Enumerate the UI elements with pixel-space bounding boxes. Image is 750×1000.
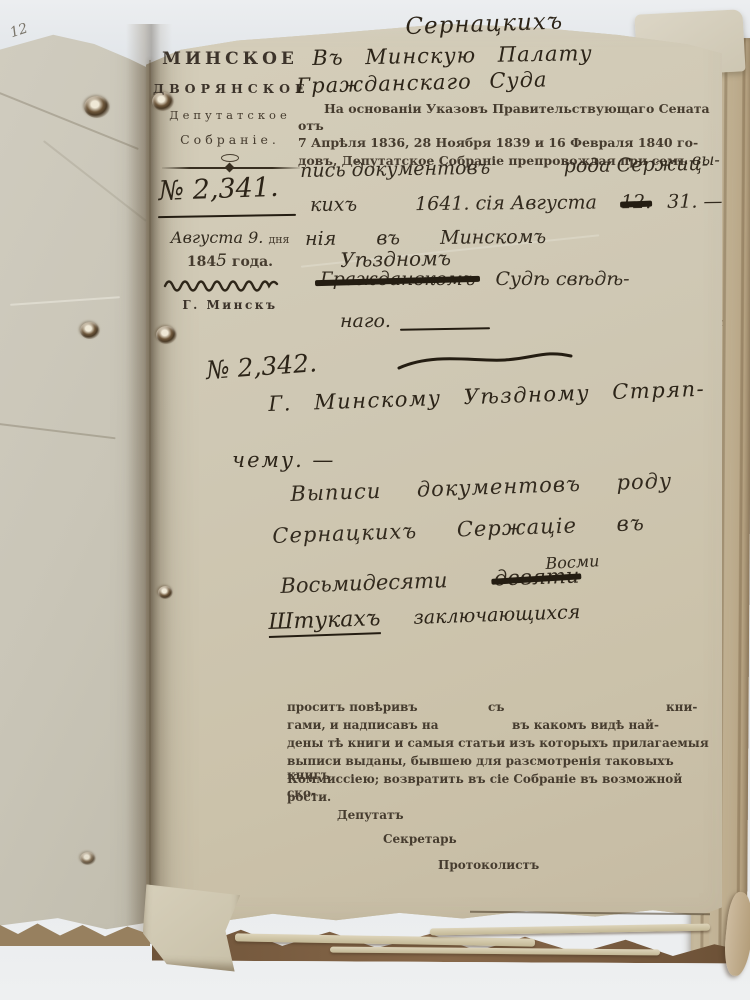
archival-document-photo: ш ил при іе съ а Ва въ бу о 23 по пр ш 1…	[0, 0, 750, 1000]
letterhead-org-line1: МИНСКОЕ	[160, 49, 300, 69]
binding-hole	[158, 586, 173, 599]
binding-hole	[84, 96, 110, 118]
date-day-printed: дня	[268, 233, 289, 246]
page-edge-sliver	[430, 924, 710, 936]
hand-body-line2: кихъ 1641. сія Августа 12. 31. —	[310, 190, 723, 216]
section2-line2: чему. —	[232, 448, 335, 472]
hand-body-line2c: 31. —	[667, 190, 722, 212]
request-line2b: въ какомъ видѣ най-	[512, 718, 659, 732]
request-line6: рости.	[287, 790, 331, 804]
hand-body-line2b: 1641. сія Августа	[415, 191, 597, 215]
binding-seam	[149, 60, 151, 940]
year-digit-handwritten: 5	[216, 251, 227, 271]
binding-hole	[80, 852, 96, 865]
date-day-handwritten: Августа 9.	[171, 228, 264, 247]
request-line5: Коммиссіею; возвратить въ сіе Собраніе в…	[287, 772, 711, 800]
hand-body-line5b: Судѣ свѣдѣ-	[495, 268, 629, 290]
section2-line6b: заключающихся	[413, 601, 581, 629]
document-number-1: № 2,341.	[158, 172, 279, 207]
page-edge-sliver	[235, 933, 535, 946]
hand-body-line6: наго.	[340, 310, 391, 332]
hand-body-line5-struck: Гражданскомъ	[320, 268, 475, 290]
pencil-margin-mark: 12	[8, 20, 30, 41]
flourish-stroke	[395, 348, 575, 374]
year-line: 1845 года.	[160, 251, 300, 271]
request-line1c: кни-	[666, 700, 697, 714]
docket-surname: Сернацкихъ	[405, 8, 564, 39]
section2-line5-struck: девяти	[494, 564, 580, 591]
signature-label-protocolist: Протоколистъ	[438, 858, 539, 872]
hand-body-line2a: кихъ	[310, 194, 357, 216]
request-line3: дены тѣ книги и самыя статьи изъ которых…	[287, 736, 711, 750]
addressee-line1: Въ Минскую Палату	[312, 41, 593, 70]
hand-body-line1b: рода Сержиц-	[563, 153, 708, 178]
printed-intro-line1: На основаніи Указовъ Правительствующаго …	[298, 100, 722, 134]
letterhead-org-line2: ДВОРЯНСКОЕ	[153, 81, 307, 96]
binding-hole	[156, 326, 177, 344]
letterhead-ornament	[221, 154, 239, 162]
year-printed-suffix: года.	[227, 254, 273, 270]
letterhead-org-line4: Собраніе.	[160, 132, 300, 147]
letterhead-org-line3: Депутатское	[160, 108, 300, 122]
binding-hole	[80, 322, 100, 339]
request-line1a: проситъ повѣривъ	[287, 700, 418, 714]
hand-body-line5: Гражданскомъ Судѣ свѣдѣ-	[320, 268, 630, 290]
hand-body-line2-struck: 12.	[621, 191, 651, 213]
signature-label-deputy: Депутатъ	[337, 808, 404, 822]
letterhead-city: Г. Минскъ	[168, 298, 292, 312]
request-line1b: съ	[488, 700, 505, 714]
request-line2a: гами, и надписавъ на	[287, 718, 439, 732]
hand-body-line1a: пись документовъ	[300, 157, 490, 182]
date-line: Августа 9. дня	[150, 228, 310, 247]
section2-line6a: Штукахъ	[268, 606, 381, 638]
squiggle-ornament	[163, 276, 279, 294]
year-printed: 184	[187, 254, 216, 270]
signature-label-secretary: Секретарь	[383, 832, 457, 846]
printed-intro-line2: 7 Апрѣля 1836, 28 Ноября 1839 и 16 Февра…	[298, 134, 722, 151]
